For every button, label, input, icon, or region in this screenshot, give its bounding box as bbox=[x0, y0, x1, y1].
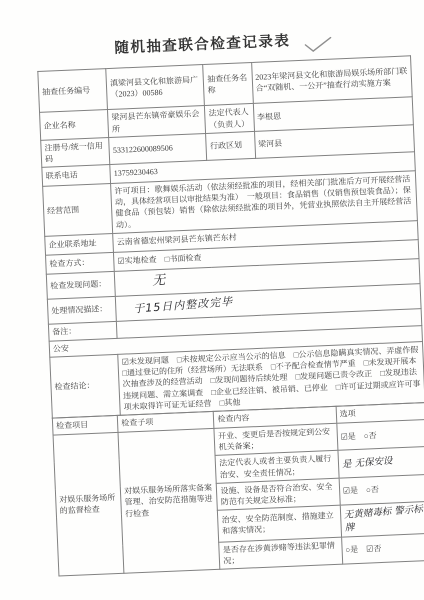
handwritten-text: 无 bbox=[118, 272, 167, 294]
title-block: 随机抽查联合检查记录表 bbox=[36, 24, 411, 61]
registration-number-value: 533122600089506 bbox=[109, 133, 207, 164]
inspection-subitem-cell: 对娱乐服务场所落实备案管理、治安防范措施等进行检查 bbox=[118, 428, 220, 573]
handwritten-text: 于15日内整改完毕 bbox=[119, 294, 234, 318]
option-handwritten: 是 无保安设 bbox=[338, 447, 424, 478]
inspection-table: 检查项目 检查子项 检查内容 选项 对娱乐服务场所的监督检查 对娱乐服务场所落实… bbox=[52, 402, 424, 577]
option-handwritten: 无黄赌毒标 警示标牌 bbox=[340, 502, 424, 537]
task-name-value: 2023年梁河县文化和旅游局娱乐场所部门联合“双随机、一公开”抽查行动实施方案 bbox=[251, 56, 412, 104]
inspection-content: 治安、安全防范制度、措施建立和落实情况； bbox=[218, 505, 342, 542]
district-label: 行政区划 bbox=[206, 131, 255, 160]
handwritten-text: 是 无保安设 bbox=[341, 454, 392, 471]
page-title: 随机抽查联合检查记录表 bbox=[114, 29, 291, 57]
option-checkboxes: ☑是 ○否 bbox=[339, 474, 424, 505]
problems-found-label: 检查发现问题： bbox=[46, 271, 115, 299]
checkmark-icon bbox=[302, 35, 332, 54]
registration-number-label: 注册号/统一信用码 bbox=[41, 137, 110, 167]
inspection-content: 是否存在涉黄涉赌等违法犯罪情况； bbox=[219, 537, 342, 569]
inspection-project-cell: 对娱乐服务场所的监督检查 bbox=[53, 432, 124, 576]
option-checkboxes: ○是 ☑否 bbox=[341, 533, 424, 564]
option-checkboxes: ☑是 ○否 bbox=[337, 419, 424, 450]
scanned-document: 随机抽查联合检查记录表 抽查任务编号 滇梁河县文化和旅游局广（2023）0058… bbox=[36, 24, 424, 576]
task-number-value: 滇梁河县文化和旅游局广（2023）00586 bbox=[106, 65, 205, 110]
handling-description-label: 处理情况描述： bbox=[47, 296, 116, 324]
business-scope-label: 经营范围 bbox=[43, 184, 113, 237]
legal-rep-label: 法定代表人（负责人） bbox=[205, 104, 254, 133]
task-number-label: 抽查任务编号 bbox=[38, 69, 108, 113]
info-table: 抽查任务编号 滇梁河县文化和旅游局广（2023）00586 抽查任务名称 202… bbox=[37, 56, 424, 419]
conclusion-label: 检查结论： bbox=[50, 354, 121, 418]
task-name-label: 抽查任务名称 bbox=[203, 63, 253, 106]
company-name-value: 梁河县芒东镇帝豪娱乐会所 bbox=[108, 106, 206, 137]
handwritten-text: 无黄赌毒标 警示标牌 bbox=[343, 503, 424, 536]
company-name-label: 企业名称 bbox=[40, 110, 109, 140]
